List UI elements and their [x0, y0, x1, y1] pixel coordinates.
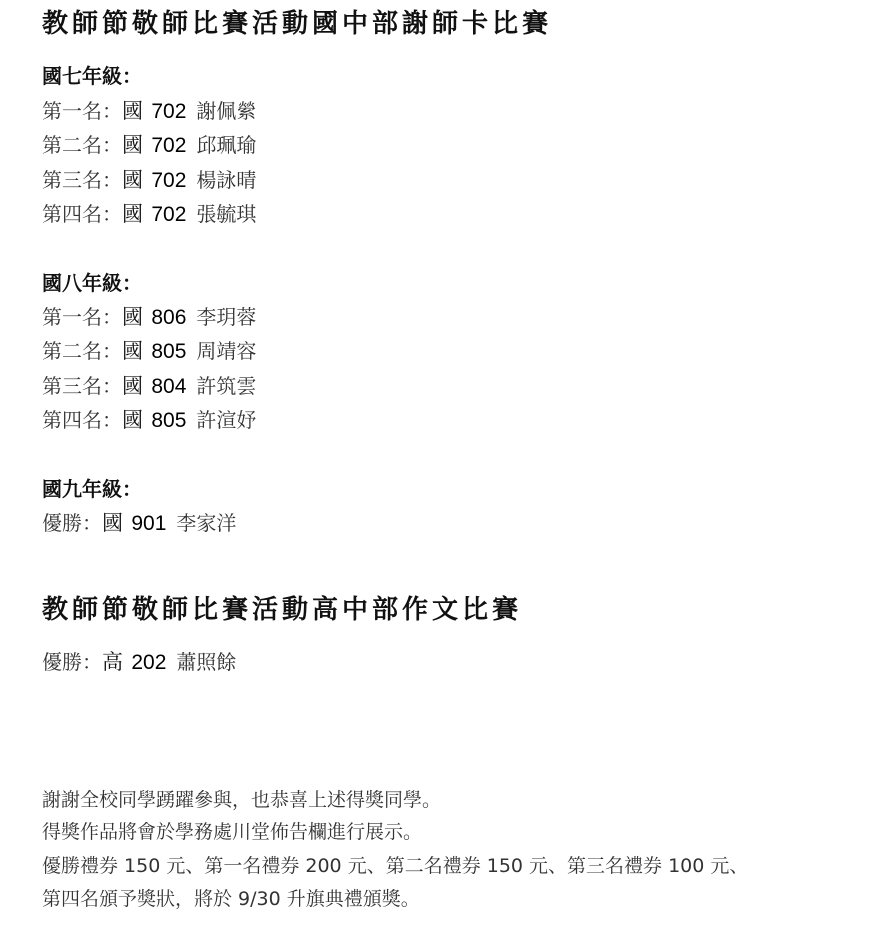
- rank-label: 第三名：: [42, 168, 122, 192]
- class-number: 805: [151, 409, 186, 432]
- rank-label: 第一名：: [42, 99, 122, 123]
- student-name: 許筑雲: [196, 374, 256, 398]
- rank-label: 第四名：: [42, 408, 122, 432]
- grade-8-entry-3: 第三名：國 804許筑雲: [42, 371, 256, 402]
- grade-7-entry-3: 第三名：國 702楊詠晴: [42, 165, 256, 196]
- student-name: 謝佩縈: [196, 99, 256, 123]
- class-number: 804: [151, 375, 186, 398]
- grade-7-heading: 國七年級：: [42, 61, 142, 91]
- junior-section-title: 教師節敬師比賽活動國中部謝師卡比賽: [42, 6, 552, 42]
- rank-label: 第二名：: [42, 339, 122, 363]
- class-prefix: 國: [122, 100, 143, 123]
- class-number: 806: [151, 306, 186, 329]
- student-name: 許渲妤: [196, 408, 256, 432]
- class-prefix: 國: [122, 134, 143, 157]
- student-name: 楊詠晴: [196, 168, 256, 192]
- class-number: 702: [151, 100, 186, 123]
- senior-section-title: 教師節敬師比賽活動高中部作文比賽: [42, 592, 522, 628]
- rank-label: 第四名：: [42, 202, 122, 226]
- student-name: 周靖容: [196, 339, 256, 363]
- class-number: 702: [151, 134, 186, 157]
- class-prefix: 國: [122, 409, 143, 432]
- grade-8-entry-2: 第二名：國 805周靖容: [42, 336, 256, 367]
- rank-label: 第一名：: [42, 305, 122, 329]
- grade-9-heading: 國九年級：: [42, 474, 142, 504]
- student-name: 李家洋: [176, 511, 236, 535]
- note-ceremony: 第四名頒予獎狀，將於 9/30 升旗典禮頒獎。: [42, 884, 420, 914]
- student-name: 李玥蓉: [196, 305, 256, 329]
- grade-7-entry-2: 第二名：國 702邱珮瑜: [42, 130, 256, 161]
- rank-label: 第二名：: [42, 133, 122, 157]
- student-name: 邱珮瑜: [196, 133, 256, 157]
- class-prefix: 國: [122, 169, 143, 192]
- class-prefix: 國: [122, 340, 143, 363]
- class-number: 202: [131, 651, 166, 674]
- announcement-document: 教師節敬師比賽活動國中部謝師卡比賽 國七年級： 第一名：國 702謝佩縈 第二名…: [0, 0, 886, 932]
- grade-9-entry-1: 優勝：國 901李家洋: [42, 508, 236, 539]
- grade-7-entry-1: 第一名：國 702謝佩縈: [42, 96, 256, 127]
- student-name: 蕭照餘: [176, 650, 236, 674]
- grade-8-entry-1: 第一名：國 806李玥蓉: [42, 302, 256, 333]
- class-prefix: 國: [122, 375, 143, 398]
- class-prefix: 國: [122, 306, 143, 329]
- senior-entry-1: 優勝：高 202蕭照餘: [42, 647, 236, 678]
- class-prefix: 高: [102, 651, 123, 674]
- grade-8-heading: 國八年級：: [42, 268, 142, 298]
- student-name: 張毓琪: [196, 202, 256, 226]
- grade-7-entry-4: 第四名：國 702張毓琪: [42, 199, 256, 230]
- class-number: 702: [151, 169, 186, 192]
- class-prefix: 國: [122, 203, 143, 226]
- rank-label: 優勝：: [42, 511, 102, 535]
- class-number: 702: [151, 203, 186, 226]
- grade-8-entry-4: 第四名：國 805許渲妤: [42, 405, 256, 436]
- rank-label: 第三名：: [42, 374, 122, 398]
- note-thanks: 謝謝全校同學踴躍參與，也恭喜上述得獎同學。: [42, 785, 441, 815]
- class-number: 805: [151, 340, 186, 363]
- class-number: 901: [131, 512, 166, 535]
- class-prefix: 國: [102, 512, 123, 535]
- rank-label: 優勝：: [42, 650, 102, 674]
- note-prizes: 優勝禮券 150 元、第一名禮券 200 元、第二名禮券 150 元、第三名禮券…: [42, 851, 748, 881]
- note-display: 得獎作品將會於學務處川堂佈告欄進行展示。: [42, 817, 422, 847]
